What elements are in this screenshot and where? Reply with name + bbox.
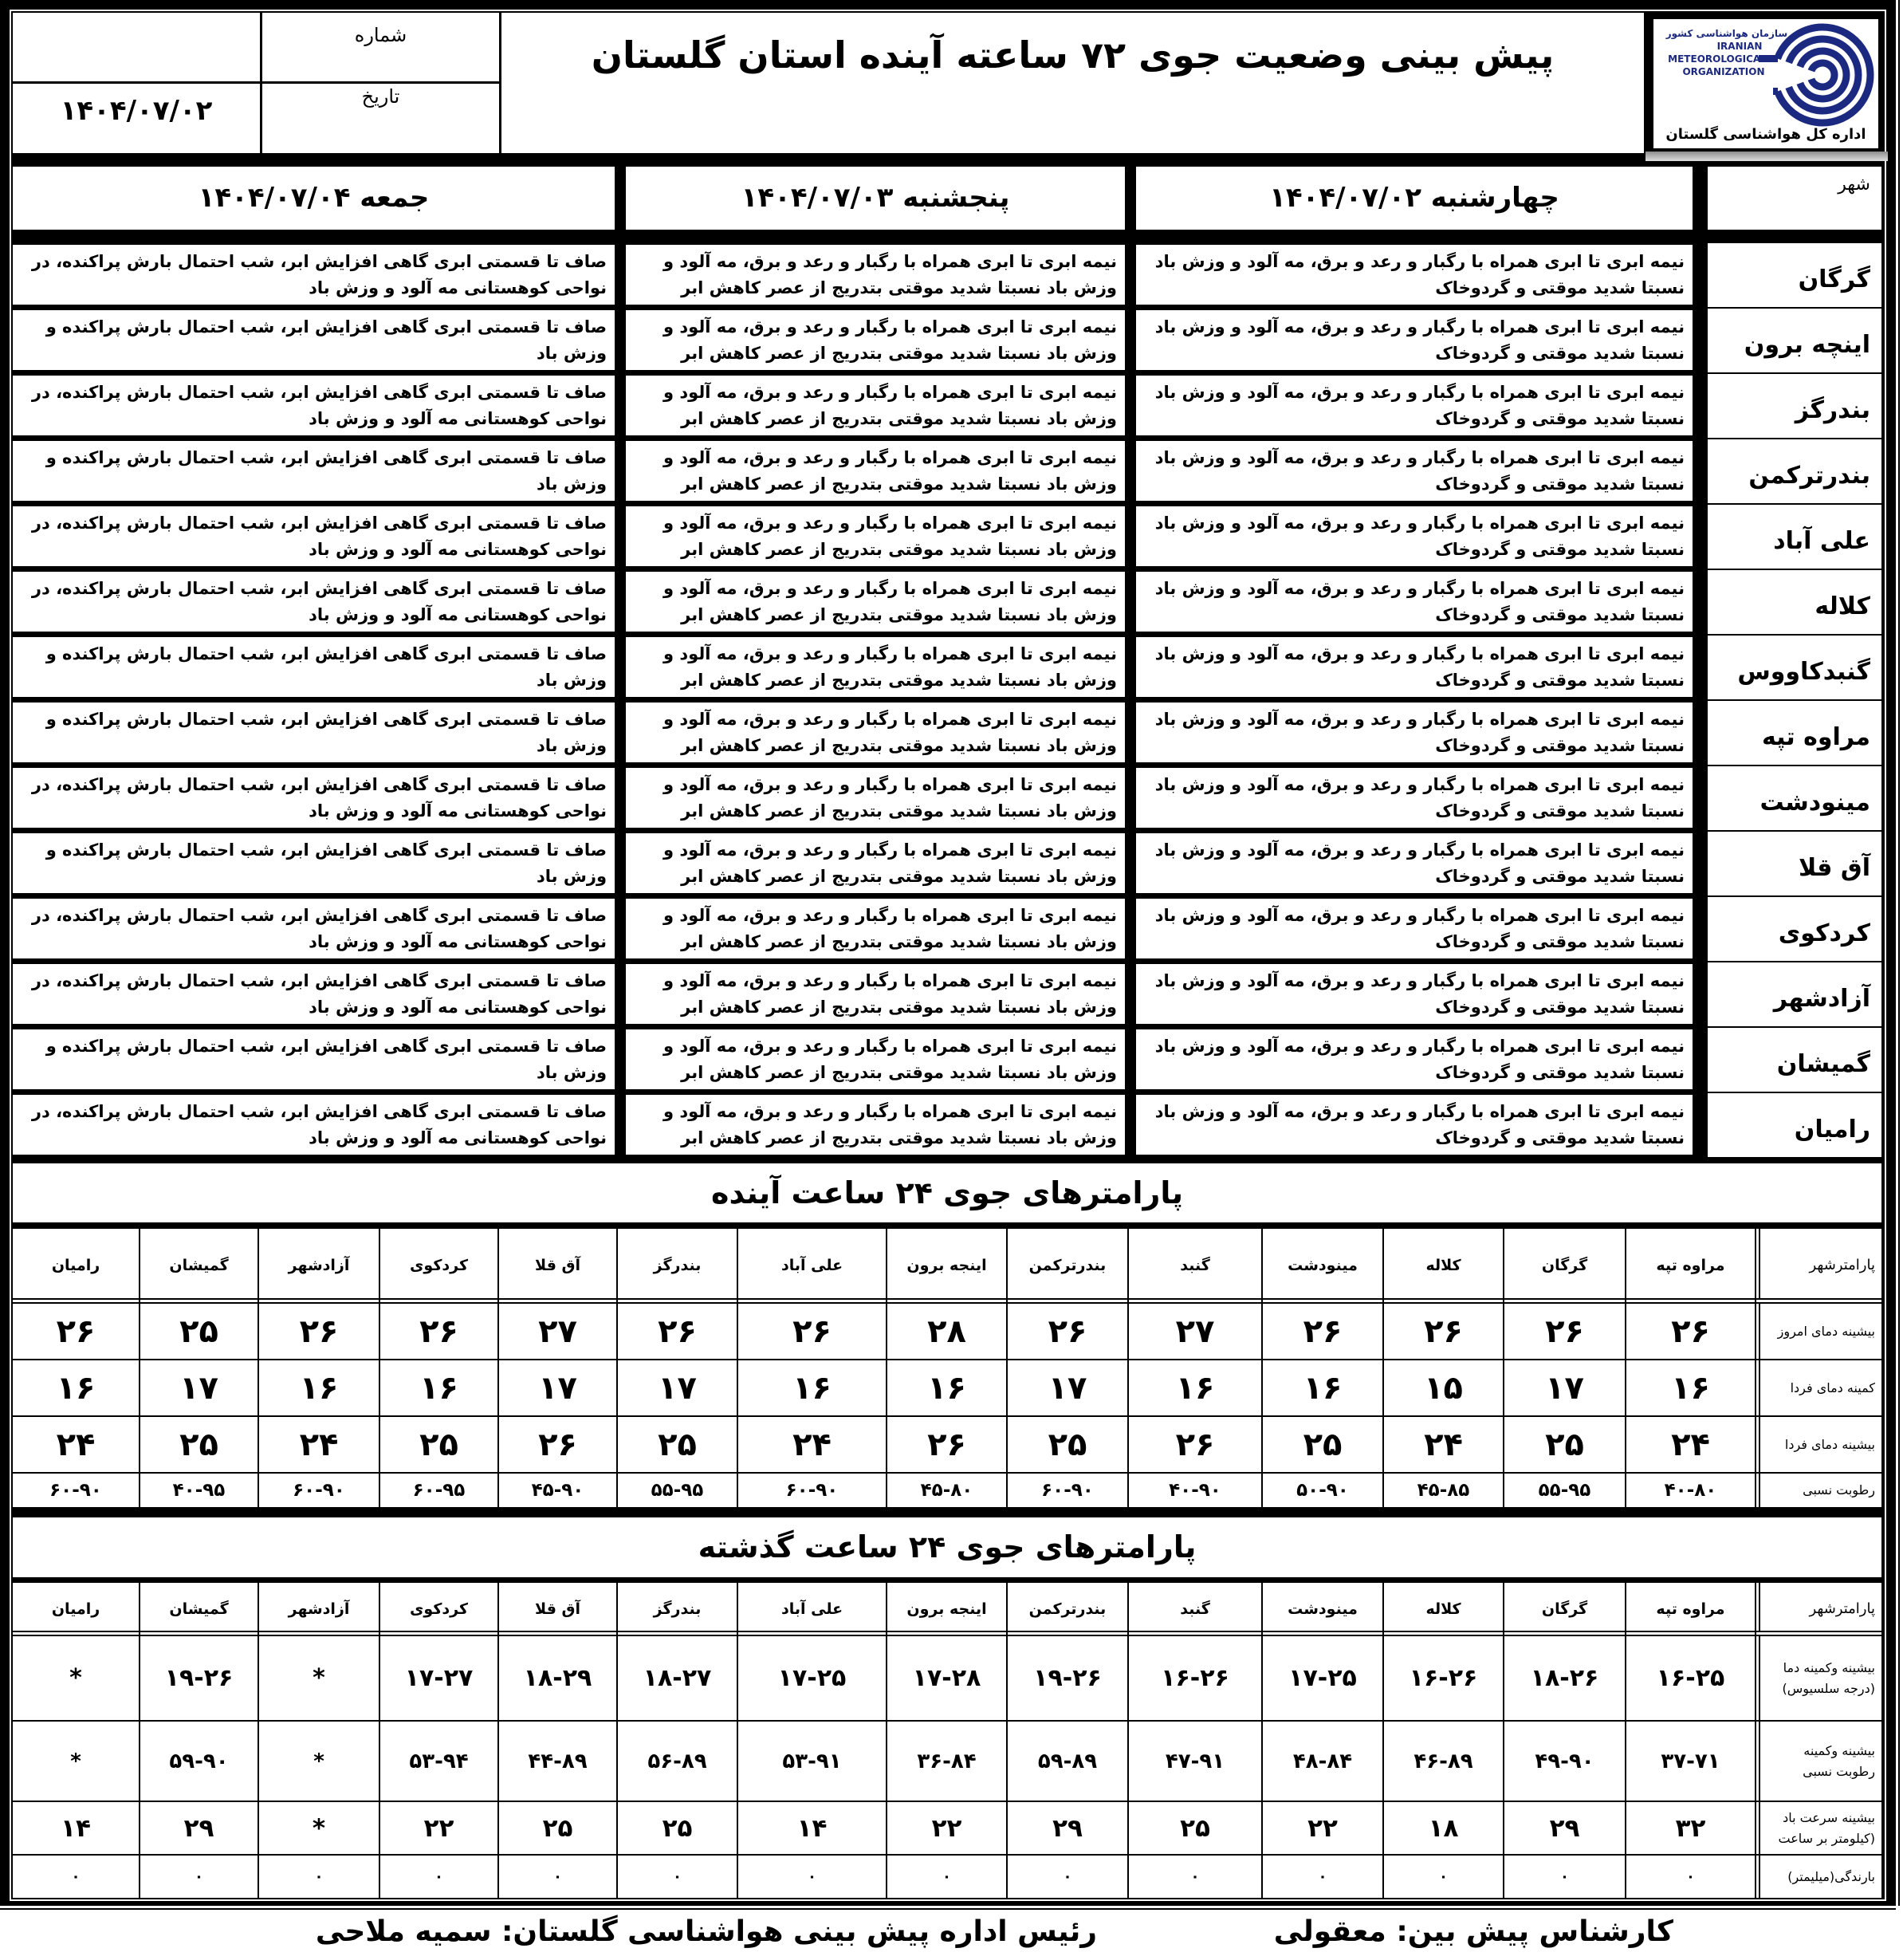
number-value: [13, 13, 260, 81]
max-wind-value: ۱۴: [13, 1802, 139, 1854]
city-name: گمیشان: [1708, 1028, 1881, 1092]
rainfall-value: ۰: [1626, 1856, 1755, 1898]
date-value: ۱۴۰۴/۰۷/۰۲: [13, 84, 260, 153]
forecast-day3: صاف تا قسمتی ابری گاهی افزایش ابر، شب اح…: [13, 637, 615, 697]
max-temp-today-value: ۲۷: [499, 1304, 616, 1359]
humidity-range-value: ۶۰-۹۰: [13, 1474, 139, 1507]
humidity-range-value: ۴۶-۸۹: [1384, 1722, 1503, 1801]
forecaster-signature: کارشناس پیش بین: معقولی: [1274, 1914, 1673, 1950]
temp-range-value: ۱۶-۲۶: [1384, 1636, 1503, 1720]
forecast-day1: نیمه ابری تا ابری همراه با رگبار و رعد و…: [1136, 637, 1693, 697]
day-header: چهارشنبه ۱۴۰۴/۰۷/۰۲: [1136, 167, 1693, 230]
next-24h-table: پارامترشهر مراوه تپه گرگان کلاله مینودشت…: [13, 1229, 1881, 1507]
humidity-range-value: ۵۹-۸۹: [1008, 1722, 1127, 1801]
humidity-range-value: ۴۷-۹۱: [1129, 1722, 1261, 1801]
temp-range-value: ۱۹-۲۶: [140, 1636, 258, 1720]
max-wind-value: ۲۵: [1129, 1802, 1261, 1854]
forecast-day3: صاف تا قسمتی ابری گاهی افزایش ابر، شب اح…: [13, 703, 615, 762]
logo-en-line1: IRANIAN: [1717, 41, 1763, 52]
city-header: بندرگز: [618, 1583, 737, 1635]
max-wind-value: ۳۲: [1626, 1802, 1755, 1854]
forecast-day2: نیمه ابری تا ابری همراه با رگبار و رعد و…: [626, 833, 1125, 893]
past-24h-table: پارامترشهر مراوه تپه گرگان کلاله مینودشت…: [13, 1583, 1881, 1898]
row-label: بارندگی(میلیمتر): [1756, 1856, 1881, 1898]
logo-fa-top: سازمان هواشناسی کشور: [1665, 28, 1787, 40]
rainfall-value: ۰: [140, 1856, 258, 1898]
city-header: مینودشت: [1263, 1583, 1382, 1635]
forecast-day2: نیمه ابری تا ابری همراه با رگبار و رعد و…: [626, 1095, 1125, 1155]
forecast-day3: صاف تا قسمتی ابری گاهی افزایش ابر، شب اح…: [13, 768, 615, 828]
city-name: گنبدکاووس: [1708, 636, 1881, 699]
humidity-range-value: ۴۸-۸۴: [1263, 1722, 1382, 1801]
city-header: آزادشهر: [259, 1583, 379, 1635]
forecast-day3: صاف تا قسمتی ابری گاهی افزایش ابر، شب اح…: [13, 1029, 615, 1089]
max-temp-today-value: ۲۶: [1504, 1304, 1625, 1359]
head-of-office-signature: رئیس اداره پیش بینی هواشناسی گلستان: سمی…: [316, 1914, 1097, 1950]
city-name: علی آباد: [1708, 505, 1881, 569]
humidity-range-value: ۵۵-۹۵: [1504, 1474, 1625, 1507]
city-header: بندرترکمن: [1008, 1583, 1127, 1635]
row-label: بیشینه وکمینه رطوبت نسبی: [1756, 1722, 1881, 1801]
corner-header: پارامترشهر: [1756, 1229, 1881, 1302]
forecast-day3: صاف تا قسمتی ابری گاهی افزایش ابر، شب اح…: [13, 441, 615, 501]
min-temp-tomorrow-value: ۱۶: [1626, 1360, 1755, 1415]
max-temp-today-value: ۲۶: [1384, 1304, 1503, 1359]
forecast-day1: نیمه ابری تا ابری همراه با رگبار و رعد و…: [1136, 703, 1693, 762]
humidity-range-value: ۵۵-۹۵: [618, 1474, 737, 1507]
max-temp-tomorrow-value: ۲۶: [499, 1417, 616, 1472]
temp-range-value: ۱۷-۲۵: [1263, 1636, 1382, 1720]
city-header: مراوه تپه: [1626, 1583, 1755, 1635]
humidity-range-value: ۴۵-۹۰: [499, 1474, 616, 1507]
city-name: بندرترکمن: [1708, 439, 1881, 503]
max-wind-value: ۲۹: [1008, 1802, 1127, 1854]
humidity-range-value: ۵۳-۹۱: [738, 1722, 886, 1801]
forecast-day3: صاف تا قسمتی ابری گاهی افزایش ابر، شب اح…: [13, 833, 615, 893]
rainfall-value: ۰: [13, 1856, 139, 1898]
city-header: علی آباد: [738, 1583, 886, 1635]
humidity-range-value: ۴۵-۸۵: [1384, 1474, 1503, 1507]
city-header: اینجه برون: [887, 1583, 1006, 1635]
max-wind-value: ۱۸: [1384, 1802, 1503, 1854]
humidity-range-value: ۳۶-۸۴: [887, 1722, 1006, 1801]
city-header: آزادشهر: [259, 1229, 379, 1302]
forecast-day1: نیمه ابری تا ابری همراه با رگبار و رعد و…: [1136, 441, 1693, 501]
max-temp-today-value: ۲۷: [1129, 1304, 1261, 1359]
forecast-day1: نیمه ابری تا ابری همراه با رگبار و رعد و…: [1136, 310, 1693, 370]
city-header: آق قلا: [499, 1583, 616, 1635]
city-header: گرگان: [1504, 1583, 1625, 1635]
logo-shadow: [1645, 152, 1888, 161]
max-temp-today-value: ۲۶: [738, 1304, 886, 1359]
row-label: بیشینه دمای فردا: [1756, 1417, 1881, 1472]
city-header: بندرترکمن: [1008, 1229, 1127, 1302]
city-header: اینجه برون: [887, 1229, 1006, 1302]
humidity-range-value: *: [259, 1722, 379, 1801]
city-header: کلاله: [1384, 1229, 1503, 1302]
max-temp-tomorrow-value: ۲۵: [380, 1417, 497, 1472]
max-temp-tomorrow-value: ۲۵: [1008, 1417, 1127, 1472]
city-header: رامیان: [13, 1229, 139, 1302]
humidity-range-value: ۴۰-۹۵: [140, 1474, 258, 1507]
row-label: بیشینه دمای امروز: [1756, 1304, 1881, 1359]
city-header: کردکوی: [380, 1583, 497, 1635]
city-header: مراوه تپه: [1626, 1229, 1755, 1302]
forecast-day1: نیمه ابری تا ابری همراه با رگبار و رعد و…: [1136, 506, 1693, 566]
temp-range-value: ۱۶-۲۶: [1129, 1636, 1261, 1720]
temp-range-value: ۱۷-۲۸: [887, 1636, 1006, 1720]
rainfall-value: ۰: [1129, 1856, 1261, 1898]
temp-range-value: ۱۸-۲۹: [499, 1636, 616, 1720]
city-name: مراوه تپه: [1708, 701, 1881, 765]
city-header: مینودشت: [1263, 1229, 1382, 1302]
city-header: گمیشان: [140, 1229, 258, 1302]
humidity-range-value: ۵۹-۹۰: [140, 1722, 258, 1801]
city-header: گنبد: [1129, 1229, 1261, 1302]
forecast-day2: نیمه ابری تا ابری همراه با رگبار و رعد و…: [626, 441, 1125, 501]
forecast-day3: صاف تا قسمتی ابری گاهی افزایش ابر، شب اح…: [13, 964, 615, 1024]
organization-logo: سازمان هواشناسی کشور IRANIAN METEOROLOGI…: [1653, 19, 1878, 148]
max-temp-tomorrow-value: ۲۴: [259, 1417, 379, 1472]
city-header: گرگان: [1504, 1229, 1625, 1302]
max-temp-tomorrow-value: ۲۴: [738, 1417, 886, 1472]
humidity-range-value: ۵۳-۹۴: [380, 1722, 497, 1801]
rainfall-value: ۰: [259, 1856, 379, 1898]
max-temp-today-value: ۲۶: [618, 1304, 737, 1359]
forecast-day2: نیمه ابری تا ابری همراه با رگبار و رعد و…: [626, 506, 1125, 566]
rainfall-value: ۰: [887, 1856, 1006, 1898]
temp-range-value: ۱۸-۲۶: [1504, 1636, 1625, 1720]
city-name: اینچه برون: [1708, 309, 1881, 372]
max-wind-value: ۲۹: [1504, 1802, 1625, 1854]
city-name: گرگان: [1708, 243, 1881, 307]
max-temp-today-value: ۲۶: [1626, 1304, 1755, 1359]
city-header: علی آباد: [738, 1229, 886, 1302]
min-temp-tomorrow-value: ۱۶: [738, 1360, 886, 1415]
humidity-range-value: ۴۰-۹۰: [1129, 1474, 1261, 1507]
temp-range-value: ۱۹-۲۶: [1008, 1636, 1127, 1720]
forecast-day1: نیمه ابری تا ابری همراه با رگبار و رعد و…: [1136, 1029, 1693, 1089]
forecast-day3: صاف تا قسمتی ابری گاهی افزایش ابر، شب اح…: [13, 376, 615, 435]
forecast-day2: نیمه ابری تا ابری همراه با رگبار و رعد و…: [626, 310, 1125, 370]
humidity-range-value: ۶۰-۹۰: [1008, 1474, 1127, 1507]
city-header: کردکوی: [380, 1229, 497, 1302]
city-name: مینودشت: [1708, 766, 1881, 830]
max-wind-value: *: [259, 1802, 379, 1854]
humidity-range-value: ۴۵-۸۰: [887, 1474, 1006, 1507]
max-temp-tomorrow-value: ۲۶: [1129, 1417, 1261, 1472]
humidity-range-value: *: [13, 1722, 139, 1801]
day-header: جمعه ۱۴۰۴/۰۷/۰۴: [13, 167, 615, 230]
rainfall-value: ۰: [1504, 1856, 1625, 1898]
max-temp-tomorrow-value: ۲۵: [1504, 1417, 1625, 1472]
rainfall-value: ۰: [1008, 1856, 1127, 1898]
max-temp-today-value: ۲۶: [1263, 1304, 1382, 1359]
humidity-range-value: ۵۶-۸۹: [618, 1722, 737, 1801]
min-temp-tomorrow-value: ۱۷: [1008, 1360, 1127, 1415]
min-temp-tomorrow-value: ۱۶: [13, 1360, 139, 1415]
temp-range-value: ۱۷-۲۷: [380, 1636, 497, 1720]
city-column-header: شهر: [1708, 167, 1881, 230]
rainfall-value: ۰: [1263, 1856, 1382, 1898]
forecast-day1: نیمه ابری تا ابری همراه با رگبار و رعد و…: [1136, 899, 1693, 958]
max-temp-tomorrow-value: ۲۴: [1384, 1417, 1503, 1472]
forecast-day1: نیمه ابری تا ابری همراه با رگبار و رعد و…: [1136, 1095, 1693, 1155]
min-temp-tomorrow-value: ۱۷: [618, 1360, 737, 1415]
logo-fa-bottom: اداره کل هواشناسی گلستان: [1665, 125, 1866, 143]
rainfall-value: ۰: [738, 1856, 886, 1898]
document-title: پیش بینی وضعیت جوی ۷۲ ساعته آینده استان …: [501, 13, 1644, 153]
humidity-range-value: ۴۴-۸۹: [499, 1722, 616, 1801]
logo-en-line2: METEOROLOGICAL: [1668, 53, 1767, 65]
rainfall-value: ۰: [380, 1856, 497, 1898]
max-wind-value: ۲۹: [140, 1802, 258, 1854]
temp-range-value: ۱۷-۲۵: [738, 1636, 886, 1720]
min-temp-tomorrow-value: ۱۶: [259, 1360, 379, 1415]
city-name: کردکوی: [1708, 897, 1881, 961]
forecast-day1: نیمه ابری تا ابری همراه با رگبار و رعد و…: [1136, 964, 1693, 1024]
max-temp-tomorrow-value: ۲۵: [1263, 1417, 1382, 1472]
forecast-day2: نیمه ابری تا ابری همراه با رگبار و رعد و…: [626, 1029, 1125, 1089]
max-wind-value: ۲۵: [499, 1802, 616, 1854]
number-label: شماره: [262, 13, 499, 81]
city-header: گنبد: [1129, 1583, 1261, 1635]
temp-range-value: *: [13, 1636, 139, 1720]
humidity-range-value: ۴۹-۹۰: [1504, 1722, 1625, 1801]
corner-header: پارامترشهر: [1756, 1583, 1881, 1635]
forecast-table: گرگان نیمه ابری تا ابری همراه با رگبار و…: [13, 245, 1881, 1155]
temp-range-value: *: [259, 1636, 379, 1720]
rainfall-value: ۰: [618, 1856, 737, 1898]
min-temp-tomorrow-value: ۱۶: [1263, 1360, 1382, 1415]
forecast-day3: صاف تا قسمتی ابری گاهی افزایش ابر، شب اح…: [13, 310, 615, 370]
forecast-day2: نیمه ابری تا ابری همراه با رگبار و رعد و…: [626, 572, 1125, 632]
city-header: رامیان: [13, 1583, 139, 1635]
forecast-day1: نیمه ابری تا ابری همراه با رگبار و رعد و…: [1136, 572, 1693, 632]
rainfall-value: ۰: [1384, 1856, 1503, 1898]
forecast-day2: نیمه ابری تا ابری همراه با رگبار و رعد و…: [626, 768, 1125, 828]
humidity-range-value: ۴۰-۸۰: [1626, 1474, 1755, 1507]
max-wind-value: ۲۲: [887, 1802, 1006, 1854]
city-header: بندرگز: [618, 1229, 737, 1302]
humidity-range-value: ۵۰-۹۰: [1263, 1474, 1382, 1507]
max-wind-value: ۲۲: [380, 1802, 497, 1854]
city-name: رامیان: [1708, 1093, 1881, 1157]
min-temp-tomorrow-value: ۱۶: [380, 1360, 497, 1415]
forecast-day1: نیمه ابری تا ابری همراه با رگبار و رعد و…: [1136, 833, 1693, 893]
max-temp-today-value: ۲۸: [887, 1304, 1006, 1359]
min-temp-tomorrow-value: ۱۶: [1129, 1360, 1261, 1415]
city-header: آق قلا: [499, 1229, 616, 1302]
document-header: پیش بینی وضعیت جوی ۷۲ ساعته آینده استان …: [13, 13, 1644, 153]
past-24h-title: پارامترهای جوی ۲۴ ساعت گذشته: [13, 1517, 1881, 1577]
min-temp-tomorrow-value: ۱۷: [140, 1360, 258, 1415]
max-temp-today-value: ۲۵: [140, 1304, 258, 1359]
humidity-range-value: ۶۰-۹۰: [259, 1474, 379, 1507]
row-label: بیشینه سرعت باد (کیلومتر بر ساعت: [1756, 1802, 1881, 1854]
max-wind-value: ۱۴: [738, 1802, 886, 1854]
max-temp-tomorrow-value: ۲۶: [887, 1417, 1006, 1472]
max-temp-tomorrow-value: ۲۵: [618, 1417, 737, 1472]
forecast-day2: نیمه ابری تا ابری همراه با رگبار و رعد و…: [626, 245, 1125, 305]
min-temp-tomorrow-value: ۱۵: [1384, 1360, 1503, 1415]
temp-range-value: ۱۶-۲۵: [1626, 1636, 1755, 1720]
forecast-day1: نیمه ابری تا ابری همراه با رگبار و رعد و…: [1136, 245, 1693, 305]
forecast-day3: صاف تا قسمتی ابری گاهی افزایش ابر، شب اح…: [13, 1095, 615, 1155]
rainfall-value: ۰: [499, 1856, 616, 1898]
row-label: رطوبت نسبی: [1756, 1474, 1881, 1507]
row-label: بیشینه وکمینه دما (درجه سلسیوس): [1756, 1636, 1881, 1720]
city-header: کلاله: [1384, 1583, 1503, 1635]
max-temp-today-value: ۲۶: [380, 1304, 497, 1359]
day-header: پنجشنبه ۱۴۰۴/۰۷/۰۳: [626, 167, 1125, 230]
humidity-range-value: ۶۰-۹۵: [380, 1474, 497, 1507]
max-wind-value: ۲۵: [618, 1802, 737, 1854]
forecast-day1: نیمه ابری تا ابری همراه با رگبار و رعد و…: [1136, 376, 1693, 435]
max-temp-tomorrow-value: ۲۵: [140, 1417, 258, 1472]
forecast-day1: نیمه ابری تا ابری همراه با رگبار و رعد و…: [1136, 768, 1693, 828]
date-label: تاریخ: [262, 84, 499, 153]
city-name: بندرگز: [1708, 374, 1881, 438]
forecast-day3: صاف تا قسمتی ابری گاهی افزایش ابر، شب اح…: [13, 572, 615, 632]
max-wind-value: ۲۲: [1263, 1802, 1382, 1854]
forecast-day2: نیمه ابری تا ابری همراه با رگبار و رعد و…: [626, 899, 1125, 958]
min-temp-tomorrow-value: ۱۶: [887, 1360, 1006, 1415]
forecast-day2: نیمه ابری تا ابری همراه با رگبار و رعد و…: [626, 637, 1125, 697]
min-temp-tomorrow-value: ۱۷: [499, 1360, 616, 1415]
max-temp-today-value: ۲۶: [1008, 1304, 1127, 1359]
temp-range-value: ۱۸-۲۷: [618, 1636, 737, 1720]
max-temp-tomorrow-value: ۲۴: [1626, 1417, 1755, 1472]
next-24h-title: پارامترهای جوی ۲۴ ساعت آینده: [13, 1163, 1881, 1222]
forecast-day3: صاف تا قسمتی ابری گاهی افزایش ابر، شب اح…: [13, 899, 615, 958]
forecast-day2: نیمه ابری تا ابری همراه با رگبار و رعد و…: [626, 703, 1125, 762]
humidity-range-value: ۶۰-۹۰: [738, 1474, 886, 1507]
forecast-day3: صاف تا قسمتی ابری گاهی افزایش ابر، شب اح…: [13, 506, 615, 566]
forecast-day2: نیمه ابری تا ابری همراه با رگبار و رعد و…: [626, 376, 1125, 435]
max-temp-today-value: ۲۶: [259, 1304, 379, 1359]
humidity-range-value: ۳۷-۷۱: [1626, 1722, 1755, 1801]
max-temp-today-value: ۲۶: [13, 1304, 139, 1359]
logo-en-line3: ORGANIZATION: [1682, 66, 1764, 77]
meteorology-swirl-icon: سازمان هواشناسی کشور IRANIAN METEOROLOGI…: [1653, 19, 1878, 148]
city-name: آزادشهر: [1708, 962, 1881, 1026]
forecast-day2: نیمه ابری تا ابری همراه با رگبار و رعد و…: [626, 964, 1125, 1024]
min-temp-tomorrow-value: ۱۷: [1504, 1360, 1625, 1415]
max-temp-tomorrow-value: ۲۴: [13, 1417, 139, 1472]
city-name: کلاله: [1708, 570, 1881, 634]
forecast-day3: صاف تا قسمتی ابری گاهی افزایش ابر، شب اح…: [13, 245, 615, 305]
row-label: کمینه دمای فردا: [1756, 1360, 1881, 1415]
city-name: آق قلا: [1708, 832, 1881, 895]
forecast-table-header: شهر چهارشنبه ۱۴۰۴/۰۷/۰۲ پنجشنبه ۱۴۰۴/۰۷/…: [13, 167, 1881, 230]
city-header: گمیشان: [140, 1583, 258, 1635]
